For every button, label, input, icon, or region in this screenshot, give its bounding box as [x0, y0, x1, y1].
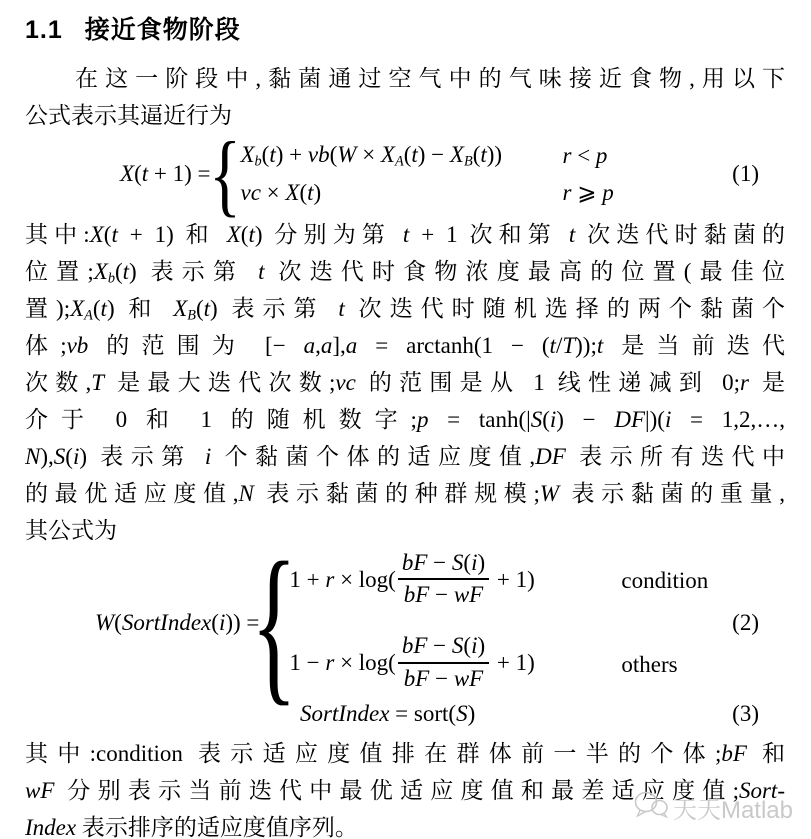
- left-brace-icon: {: [212, 121, 238, 227]
- watermark: 天天Matlab: [633, 790, 793, 825]
- equation-3: SortIndex = sort(S) (3): [25, 695, 785, 733]
- paper-page: 1.1 接近食物阶段 在这一阶段中,黏菌通过空气中的气味接近食物,用以下 公式表…: [0, 0, 811, 839]
- paragraph-3-line-1: 其中:condition 表示适应度值排在群体前一半的个体;bF 和: [25, 735, 785, 772]
- equation-2-case-2: 1 − r × log(bF − S(i)bF − wF + 1) others: [289, 634, 708, 696]
- case-expression: Xb(t) + vb(W × XA(t) − XB(t)): [240, 142, 562, 170]
- equation-3-number: (3): [732, 701, 759, 727]
- equation-2-case-1: 1 + r × log(bF − S(i)bF − wF + 1) condit…: [289, 551, 708, 613]
- paragraph-2-line-1: 其中:X(t + 1) 和 X(t) 分别为第 t + 1 次和第 t 次迭代时…: [25, 216, 785, 253]
- equation-2-lhs: W(SortIndex(i)) =: [95, 610, 259, 636]
- paragraph-2-line-5: 次数,T 是最大迭代次数;vc 的范围是从 1 线性递减到 0;r 是: [25, 364, 785, 401]
- equation-3-formula: SortIndex = sort(S): [300, 701, 475, 727]
- equation-1-case-1: Xb(t) + vb(W × XA(t) − XB(t)) r < p: [240, 142, 613, 170]
- paragraph-1-line-1: 在这一阶段中,黏菌通过空气中的气味接近食物,用以下: [25, 60, 785, 97]
- paragraph-2-line-9: 其公式为: [25, 512, 785, 549]
- case-condition: others: [621, 652, 677, 678]
- equation-1-lhs: X(t + 1) =: [120, 161, 210, 187]
- paragraph-2-line-7: N),S(i) 表示第 i 个黏菌个体的适应度值,DF 表示所有迭代中: [25, 438, 785, 475]
- case-expression: 1 + r × log(bF − S(i)bF − wF + 1): [289, 551, 621, 613]
- equation-2-number: (2): [732, 610, 759, 636]
- section-number: 1.1: [25, 16, 63, 45]
- equation-2: W(SortIndex(i)) = { 1 + r × log(bF − S(i…: [25, 553, 785, 693]
- case-expression: 1 − r × log(bF − S(i)bF − wF + 1): [289, 634, 621, 696]
- paragraph-1-line-2: 公式表示其逼近行为: [25, 97, 785, 134]
- paragraph-2-line-8: 的最优适应度值,N 表示黏菌的种群规模;W 表示黏菌的重量,: [25, 475, 785, 512]
- watermark-text: 天天Matlab: [673, 790, 793, 825]
- paragraph-2-line-4: 体;vb 的范围为 [− a,a],a = arctanh(1 − (t/T))…: [25, 327, 785, 364]
- section-heading: 1.1 接近食物阶段: [25, 10, 785, 46]
- case-expression: vc × X(t): [240, 180, 562, 206]
- equation-1-cases: Xb(t) + vb(W × XA(t) − XB(t)) r < p vc ×…: [240, 142, 613, 206]
- case-condition: r < p: [562, 143, 607, 169]
- equation-1-case-2: vc × X(t) r ⩾ p: [240, 180, 613, 206]
- equation-1-number: (1): [732, 161, 759, 187]
- case-condition: r ⩾ p: [562, 180, 613, 206]
- paragraph-2-line-3: 置);XA(t) 和 XB(t) 表示第 t 次迭代时随机选择的两个黏菌个: [25, 290, 785, 327]
- chat-bubbles-icon: [633, 790, 669, 825]
- paragraph-2-line-2: 位置;Xb(t) 表示第 t 次迭代时食物浓度最高的位置(最佳位: [25, 253, 785, 290]
- equation-2-cases: 1 + r × log(bF − S(i)bF − wF + 1) condit…: [289, 551, 708, 696]
- case-condition: condition: [621, 568, 708, 594]
- paragraph-2-line-6: 介于 0 和 1 的随机数字;p = tanh(|S(i) − DF|)(i =…: [25, 401, 785, 438]
- section-title: 接近食物阶段: [85, 10, 241, 46]
- left-brace-icon: {: [261, 523, 287, 724]
- equation-1: X(t + 1) = { Xb(t) + vb(W × XA(t) − XB(t…: [25, 135, 785, 213]
